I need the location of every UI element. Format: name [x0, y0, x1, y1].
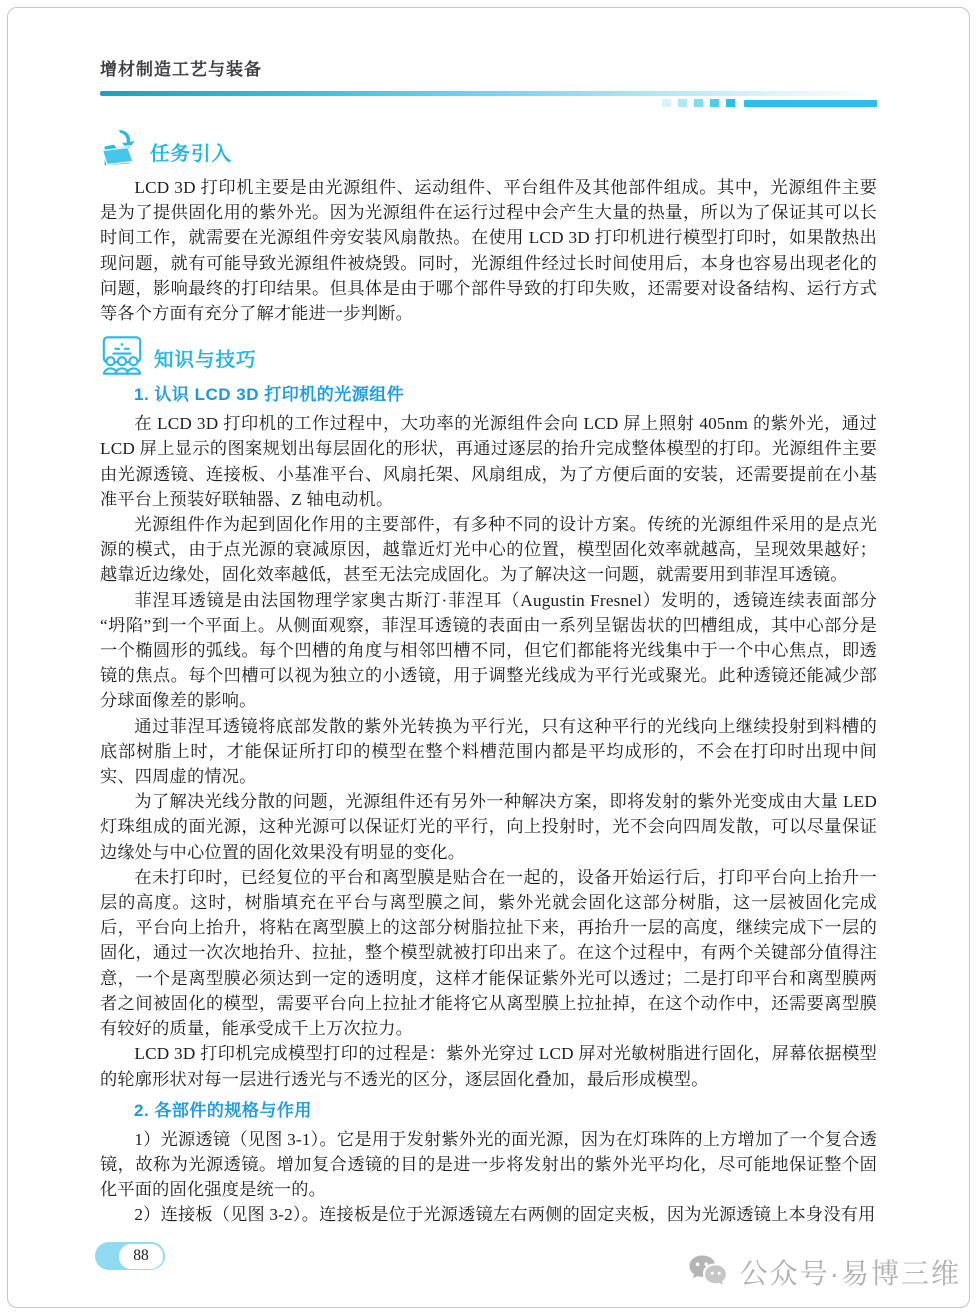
knowledge-paragraph: 通过菲涅耳透镜将底部发散的紫外光转换为平行光，只有这种平行的光线向上继续投射到料…: [100, 714, 877, 790]
knowledge-paragraph: LCD 3D 打印机完成模型打印的过程是：紫外光穿过 LCD 屏对光敏树脂进行固…: [100, 1041, 877, 1091]
page-content: 增材制造工艺与装备 任务引入 LCD 3D 打印机主要是由光源组件、运动组件、平…: [100, 0, 877, 1228]
knowledge-paragraph: 在 LCD 3D 打印机的工作过程中，大功率的光源组件会向 LCD 屏上照射 4…: [100, 411, 877, 512]
page-number: 88: [119, 1244, 163, 1269]
section-title-knowledge: 知识与技巧: [154, 344, 257, 376]
section-head-task-intro: 任务引入: [100, 128, 877, 170]
knowledge-paragraph: 菲涅耳透镜是由法国物理学家奥古斯汀·菲涅耳（Augustin Fresnel）发…: [100, 588, 877, 714]
wechat-icon: [688, 1254, 728, 1290]
deco-square: [710, 99, 719, 107]
heading-light-source-components: 1. 认识 LCD 3D 打印机的光源组件: [134, 383, 877, 407]
knowledge-paragraph: 光源组件作为起到固化作用的主要部件，有多种不同的设计方案。传统的光源组件采用的是…: [100, 512, 877, 588]
header-rule: [100, 91, 877, 96]
deco-square: [726, 99, 735, 107]
header-decoration: [100, 99, 877, 107]
presentation-board-icon: [100, 334, 144, 376]
deco-square: [694, 99, 703, 107]
task-intro-paragraph: LCD 3D 打印机主要是由光源组件、运动组件、平台组件及其他部件组成。其中，光…: [100, 175, 877, 326]
running-head-title: 增材制造工艺与装备: [100, 55, 877, 80]
page-number-badge: 88: [95, 1242, 165, 1270]
watermark: 公众号·易博三维: [688, 1252, 961, 1292]
deco-bar: [744, 100, 877, 107]
list-item-paragraph: 1）光源透镜（见图 3-1）。它是用于发射紫外光的面光源，因为在灯珠阵的上方增加…: [100, 1127, 877, 1203]
deco-square: [678, 99, 687, 107]
heading-component-specs: 2. 各部件的规格与作用: [134, 1099, 877, 1123]
deco-square: [662, 99, 671, 107]
knowledge-paragraph: 为了解决光线分散的问题，光源组件还有另外一种解决方案，即将发射的紫外光变成由大量…: [100, 789, 877, 865]
section-head-knowledge: 知识与技巧: [100, 334, 877, 376]
folder-download-icon: [100, 128, 140, 170]
list-item-paragraph: 2）连接板（见图 3-2）。连接板是位于光源透镜左右两侧的固定夹板，因为光源透镜…: [100, 1202, 877, 1227]
knowledge-paragraph: 在未打印时，已经复位的平台和离型膜是贴合在一起的，设备开始运行后，打印平台向上抬…: [100, 865, 877, 1041]
section-title-task-intro: 任务引入: [150, 138, 232, 170]
watermark-text: 公众号·易博三维: [740, 1252, 961, 1292]
